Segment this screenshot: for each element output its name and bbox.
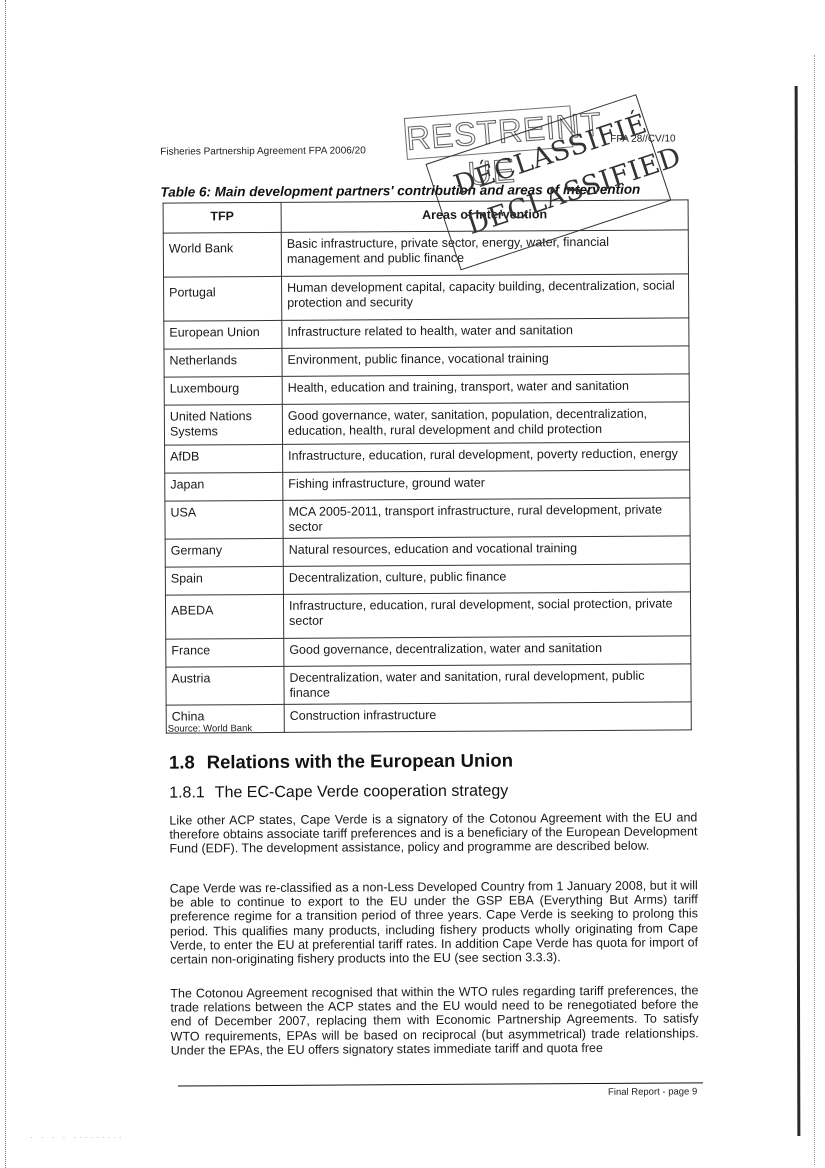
table-row: LuxembourgHealth, education and training…	[164, 374, 689, 405]
cell-areas: Environment, public finance, vocational …	[282, 346, 689, 376]
cell-tfp: Spain	[165, 566, 283, 595]
paragraph-2: Cape Verde was re-classified as a non-Le…	[170, 878, 699, 966]
table-row: World BankBasic infrastructure, private …	[163, 230, 688, 277]
restricted-stamp: RESTREINT UE	[404, 105, 574, 160]
cell-areas: Infrastructure related to health, water …	[282, 318, 689, 348]
paragraph-3: The Cotonou Agreement recognised that wi…	[170, 983, 698, 1057]
table-row: European UnionInfrastructure related to …	[164, 318, 689, 349]
cell-tfp: European Union	[164, 320, 282, 349]
table-source: Source: World Bank	[168, 723, 252, 735]
table-row: PortugalHuman development capital, capac…	[164, 274, 689, 321]
cell-tfp: AfDB	[165, 444, 283, 473]
table-row: SpainDecentralization, culture, public f…	[165, 564, 690, 595]
table-row: AustriaDecentralization, water and sanit…	[166, 664, 691, 705]
subsection-title: The EC-Cape Verde cooperation strategy	[215, 783, 509, 802]
cell-tfp: Austria	[166, 666, 284, 705]
cell-areas: Construction infrastructure	[284, 702, 691, 732]
cell-tfp: United Nations Systems	[164, 404, 282, 445]
subsection-number: 1.8.1	[169, 784, 205, 801]
table-row: ABEDAInfrastructure, education, rural de…	[165, 592, 690, 639]
partners-table: TFP Areas of Intervention World BankBasi…	[163, 199, 692, 733]
cell-tfp: ABEDA	[165, 594, 283, 639]
cell-areas: MCA 2005-2011, transport infrastructure,…	[283, 498, 690, 538]
table-row: NetherlandsEnvironment, public finance, …	[164, 346, 689, 377]
cell-tfp: Japan	[165, 472, 283, 501]
table-body: World BankBasic infrastructure, private …	[163, 230, 691, 733]
cell-tfp: Luxembourg	[164, 376, 282, 405]
running-header-reference: FPA 28//CV/10	[610, 133, 675, 144]
cell-areas: Decentralization, water and sanitation, …	[284, 664, 691, 704]
cell-tfp: USA	[165, 500, 283, 539]
cell-areas: Fishing infrastructure, ground water	[283, 470, 690, 500]
cell-areas: Decentralization, culture, public financ…	[283, 564, 690, 594]
table-row: United Nations SystemsGood governance, w…	[164, 402, 689, 445]
cell-areas: Infrastructure, education, rural develop…	[283, 592, 690, 638]
section-heading: 1.8Relations with the European Union	[169, 749, 513, 773]
table-row: FranceGood governance, decentralization,…	[166, 636, 691, 667]
cell-areas: Good governance, decentralization, water…	[284, 636, 691, 666]
paragraph-1: Like other ACP states, Cape Verde is a s…	[169, 810, 697, 856]
column-header-areas: Areas of Intervention	[281, 200, 688, 232]
document-page: Fisheries Partnership Agreement FPA 2006…	[0, 0, 825, 1168]
footer-page-label: Final Report - page 9	[608, 1086, 697, 1098]
table-row: AfDBInfrastructure, education, rural dev…	[165, 442, 690, 473]
cell-tfp: Netherlands	[164, 348, 282, 377]
table-row: USAMCA 2005-2011, transport infrastructu…	[165, 498, 690, 539]
cell-areas: Natural resources, education and vocatio…	[283, 536, 690, 566]
cell-areas: Infrastructure, education, rural develop…	[283, 442, 690, 472]
table-header-row: TFP Areas of Intervention	[163, 200, 688, 233]
cell-tfp: France	[166, 638, 284, 667]
table-row: GermanyNatural resources, education and …	[165, 536, 690, 567]
section-number: 1.8	[169, 751, 195, 772]
table-caption: Table 6: Main development partners' cont…	[160, 182, 640, 200]
cell-areas: Human development capital, capacity buil…	[282, 274, 689, 320]
cell-areas: Good governance, water, sanitation, popu…	[282, 402, 689, 444]
cell-tfp: Portugal	[164, 276, 282, 321]
cell-areas: Health, education and training, transpor…	[282, 374, 689, 404]
section-title: Relations with the European Union	[207, 749, 513, 772]
cell-tfp: World Bank	[163, 232, 281, 277]
column-header-tfp: TFP	[163, 202, 281, 233]
running-header-title: Fisheries Partnership Agreement FPA 2006…	[160, 145, 366, 157]
table-row: JapanFishing infrastructure, ground wate…	[165, 470, 690, 501]
cell-tfp: Germany	[165, 538, 283, 567]
scan-noise: · · · · ·········	[30, 1133, 125, 1142]
subsection-heading: 1.8.1The EC-Cape Verde cooperation strat…	[169, 783, 508, 803]
cell-areas: Basic infrastructure, private sector, en…	[281, 230, 688, 276]
